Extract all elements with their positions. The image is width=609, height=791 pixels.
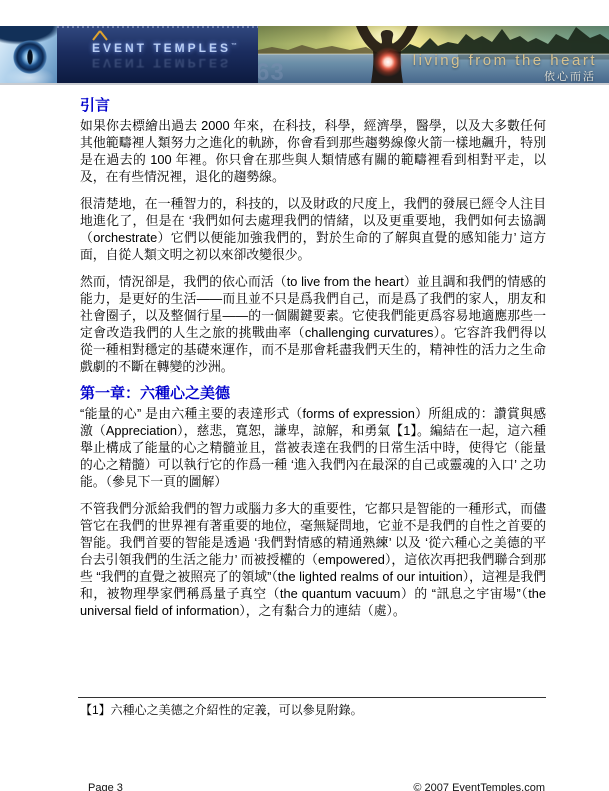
- logo-reflection: EVENT TEMPLES: [92, 56, 231, 70]
- intro-paragraph-3: 然而，情況卻是，我們的依心而活（to live from the heart）並…: [80, 273, 546, 375]
- chapter1-heading: 第一章：六種心之美德: [80, 385, 546, 403]
- intro-heading: 引言: [80, 97, 546, 115]
- logo-text: EVENT TEMPLES™: [92, 41, 237, 55]
- trademark-symbol: ™: [231, 43, 237, 49]
- logo-wordmark: EVENT TEMPLES: [92, 41, 231, 55]
- logo-panel: EVENT TEMPLES™ EVENT TEMPLES: [57, 26, 258, 83]
- footnote: 【1】六種心之美德之介紹性的定義，可以參見附錄。: [80, 702, 546, 718]
- footnote-divider: [78, 697, 546, 698]
- tagline-english: living from the heart: [413, 52, 597, 69]
- heart-glow-orb: [373, 47, 403, 77]
- page-watermark-number: 63: [258, 59, 285, 83]
- logo-chevron-icon: [91, 30, 109, 41]
- chapter1-paragraph-1: “能量的心” 是由六種主要的表達形式（forms of expression）所…: [80, 405, 546, 490]
- tagline-chinese: 依心而活: [544, 68, 596, 83]
- eye-photo: [0, 26, 58, 83]
- footer-page-number: Page 3: [88, 782, 123, 791]
- footer-copyright: © 2007 EventTemples.com: [413, 782, 545, 791]
- intro-paragraph-2: 很清楚地，在一種智力的，科技的，以及財政的尺度上，我們的發展已經令人注目地進化了…: [80, 195, 546, 263]
- chapter1-paragraph-2: 不管我們分派給我們的智力或腦力多大的重要性，它都只是智能的一種形式，而儘管它在我…: [80, 500, 546, 619]
- document-page: EVENT TEMPLES™ EVENT TEMPLES: [0, 0, 609, 791]
- intro-paragraph-1: 如果你去標繪出過去 2000 年來，在科技，科學，經濟學，醫學，以及大多數任何其…: [80, 117, 546, 185]
- header-banner: EVENT TEMPLES™ EVENT TEMPLES: [0, 26, 609, 85]
- sunset-photo: 63 living from the heart 依心而活: [258, 26, 609, 83]
- document-body: 引言 如果你去標繪出過去 2000 年來，在科技，科學，經濟學，醫學，以及大多數…: [80, 97, 546, 629]
